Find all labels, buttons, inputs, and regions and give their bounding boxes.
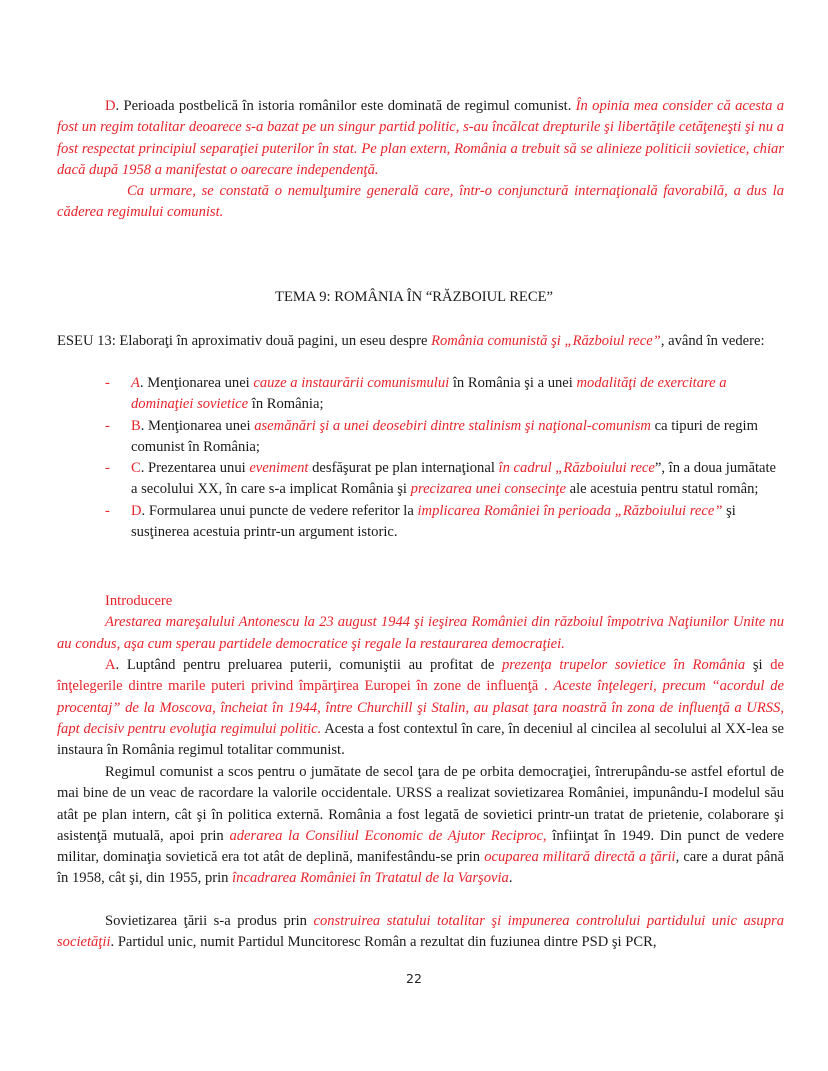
document-page: D. Perioada postbelică în istoria români… [0,0,828,1071]
requirement-item: -D. Formularea unui puncte de vedere ref… [105,501,785,544]
bullet-dash-icon: - [105,501,110,522]
requirement-item: -B. Menţionarea unei asemănări şi a unei… [105,416,785,459]
section-letter: D [105,98,116,114]
page-title: TEMA 9: ROMÂNIA ÎN “RĂZBOIUL RECE” [0,289,828,306]
essay-topic: România comunistă şi „Războiul rece” [431,333,661,349]
essay-prompt: ESEU 13: Elaboraţi în aproximativ două p… [57,331,784,352]
page-number: 22 [0,971,828,986]
paragraph-conclusion: Ca urmare, se constată o nemulţumire gen… [57,181,784,224]
requirements-list: -A. Menţionarea unei cauze a instaurării… [105,373,785,543]
paragraph-2: Regimul comunist a scos pentru o jumătat… [57,762,784,890]
intro-block: Introducere Arestarea mareşalului Antone… [57,591,784,655]
requirement-item: -A. Menţionarea unei cauze a instaurării… [105,373,785,416]
paragraph-3: Sovietizarea ţării s-a produs prin const… [57,911,784,954]
intro-heading: Introducere [57,591,784,612]
paragraph-section-d-previous: D. Perioada postbelică în istoria români… [57,96,784,181]
intro-text: Arestarea mareşalului Antonescu la 23 au… [57,612,784,655]
bullet-dash-icon: - [105,416,110,437]
bullet-dash-icon: - [105,373,110,394]
bullet-dash-icon: - [105,458,110,479]
requirement-item: -C. Prezentarea unui eveniment desfăşura… [105,458,785,501]
paragraph-a: A. Luptând pentru preluarea puterii, com… [57,655,784,761]
